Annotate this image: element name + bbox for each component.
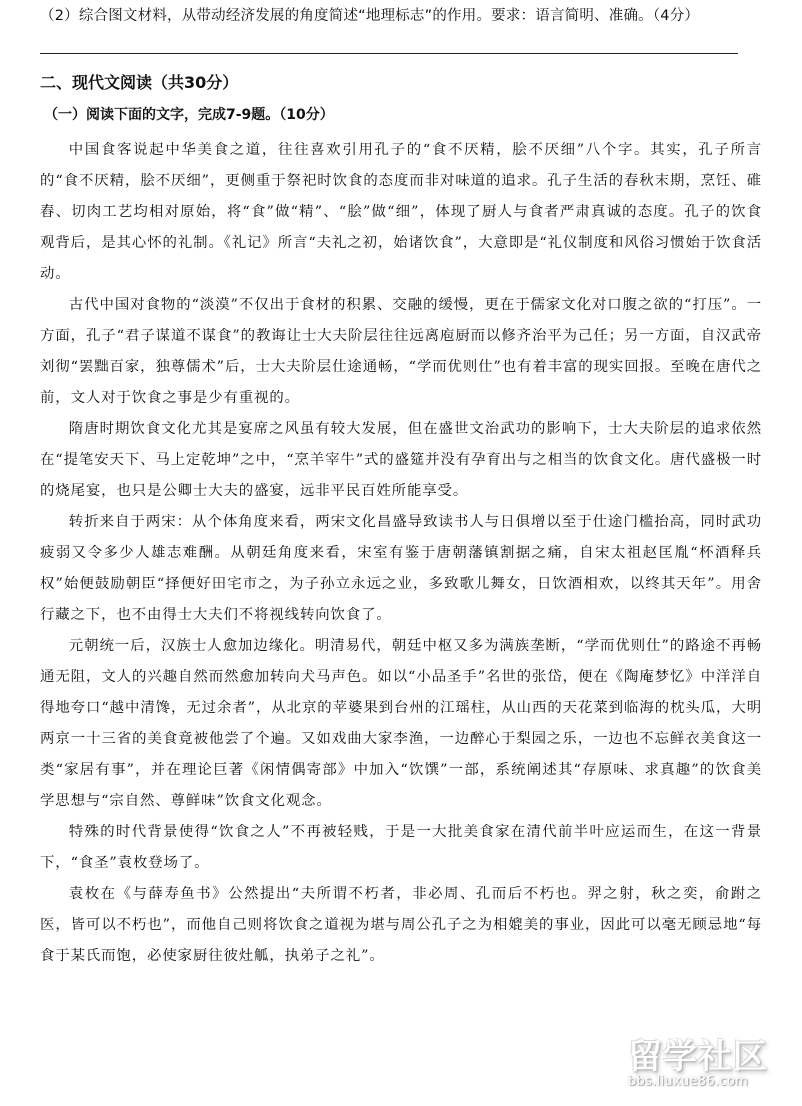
subsection-title: （一）阅读下面的文字，完成7-9题。（10分） [44, 104, 334, 124]
paragraph: 转折来自于两宋：从个体角度来看，两宋文化昌盛导致读书人与日俱增以至于仕途门槛抬高… [40, 507, 762, 631]
paragraph: 元朝统一后，汉族士人愈加边缘化。明清易代，朝廷中枢又多为满族垄断，“学而优则仕”… [40, 631, 762, 817]
paragraph: 特殊的时代背景使得“饮食之人”不再被轻贱，于是一大批美食家在清代前半叶应运而生，… [40, 817, 762, 879]
paragraph: 隋唐时期饮食文化尤其是宴席之风虽有较大发展，但在盛世文治武功的影响下，士大夫阶层… [40, 414, 762, 507]
section-title: 二、现代文阅读（共30分） [40, 70, 238, 93]
paragraph: 袁枚在《与薛寿鱼书》公然提出“夫所谓不朽者，非必周、孔而后不朽也。羿之射，秋之奕… [40, 879, 762, 972]
watermark-logo-text: 留学社区 [628, 1038, 788, 1076]
reading-passage: 中国食客说起中华美食之道，往往喜欢引用孔子的“食不厌精，脍不厌细”八个字。其实，… [40, 135, 762, 972]
paragraph: 中国食客说起中华美食之道，往往喜欢引用孔子的“食不厌精，脍不厌细”八个字。其实，… [40, 135, 762, 290]
answer-blank-line [40, 53, 738, 54]
question-item-2: （2）综合图文材料，从带动经济发展的角度简述“地理标志”的作用。要求：语言简明、… [40, 4, 699, 25]
paragraph: 古代中国对食物的“淡漠”不仅出于食材的积累、交融的缓慢，更在于儒家文化对口腹之欲… [40, 290, 762, 414]
site-watermark: 留学社区 bbs.liuxue86.com [628, 1038, 788, 1102]
